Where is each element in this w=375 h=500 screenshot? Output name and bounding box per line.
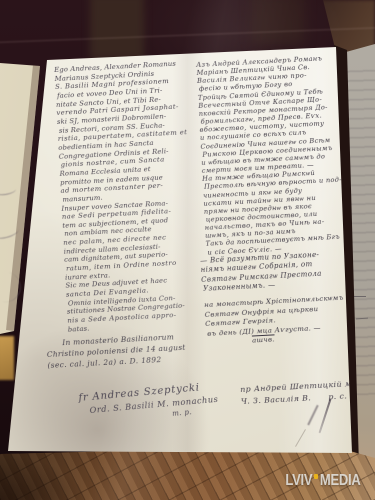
watermark-dot-icon [314, 474, 318, 479]
brass-case-fitting [0, 336, 14, 380]
case-reflection-pillar [90, 0, 144, 60]
latin-dateline: In monasterio BasilianorumChristino polo… [46, 331, 186, 371]
latin-signature: fr Andreas SzeptyckiOrd. S. Basilii M. m… [78, 380, 220, 427]
watermark: LVIV MEDIA [286, 473, 361, 489]
watermark-word-lviv: LVIV [286, 473, 313, 489]
watermark-word-media: MEDIA [320, 473, 361, 489]
pen-flourish [307, 405, 318, 425]
cyrillic-location-block: на монастырѣ ХрістінопѡльскѡмъСвятагѡ Он… [204, 294, 346, 349]
latin-text-column: Ego Andreas, Alexander RomanusMarianus S… [54, 59, 198, 334]
paper-crease [295, 429, 306, 447]
cyrillic-text-column: Азъ Андрей Александеръ РоманъМаріанъ Шеп… [196, 54, 344, 257]
cyrillic-closing-paragraph: — Всё разумѣти по Узаконе-ніямъ нашегѡ С… [200, 251, 323, 295]
case-reflection-patch [252, 0, 304, 44]
museum-photo: Ego Andreas, Alexander RomanusMarianus S… [0, 0, 375, 500]
main-document-sheet: Ego Andreas, Alexander RomanusMarianus S… [0, 0, 375, 500]
